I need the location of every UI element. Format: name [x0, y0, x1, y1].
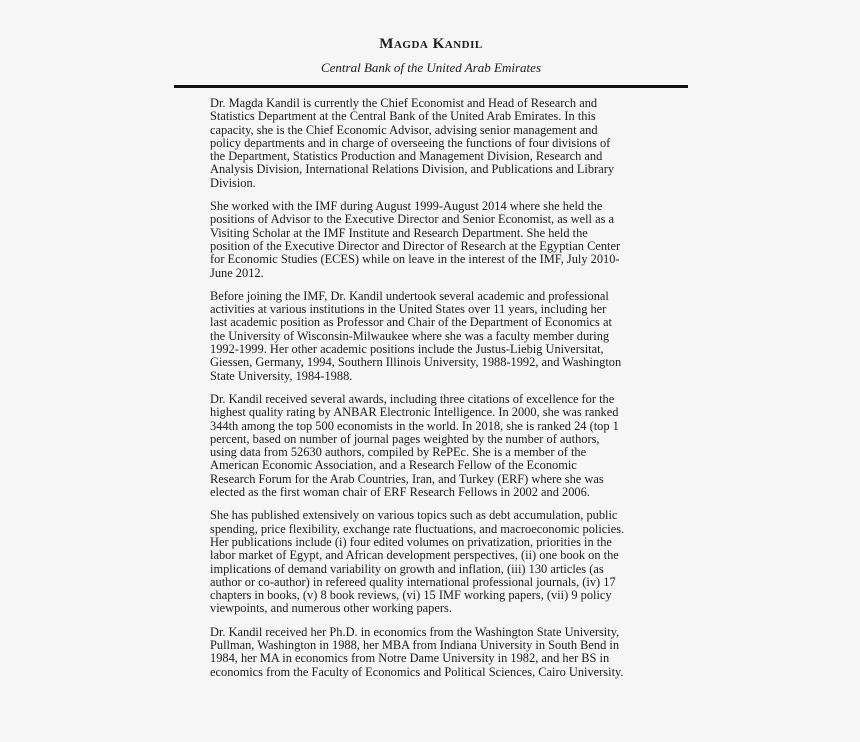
bio-paragraph: She worked with the IMF during August 19…: [210, 200, 625, 280]
bio-paragraph: She has published extensively on various…: [210, 509, 625, 615]
bio-body: Dr. Magda Kandil is currently the Chief …: [210, 97, 625, 679]
bio-paragraph: Before joining the IMF, Dr. Kandil under…: [210, 290, 625, 383]
author-name: Magda Kandil: [174, 35, 688, 53]
bio-paragraph: Dr. Kandil received several awards, incl…: [210, 393, 625, 499]
bio-paragraph: Dr. Kandil received her Ph.D. in economi…: [210, 626, 625, 679]
bio-paragraph: Dr. Magda Kandil is currently the Chief …: [210, 97, 625, 190]
document-page: Magda Kandil Central Bank of the United …: [0, 0, 860, 742]
author-affiliation: Central Bank of the United Arab Emirates: [174, 60, 688, 76]
bio-document: Magda Kandil Central Bank of the United …: [174, 35, 688, 689]
header-rule: [174, 85, 688, 88]
